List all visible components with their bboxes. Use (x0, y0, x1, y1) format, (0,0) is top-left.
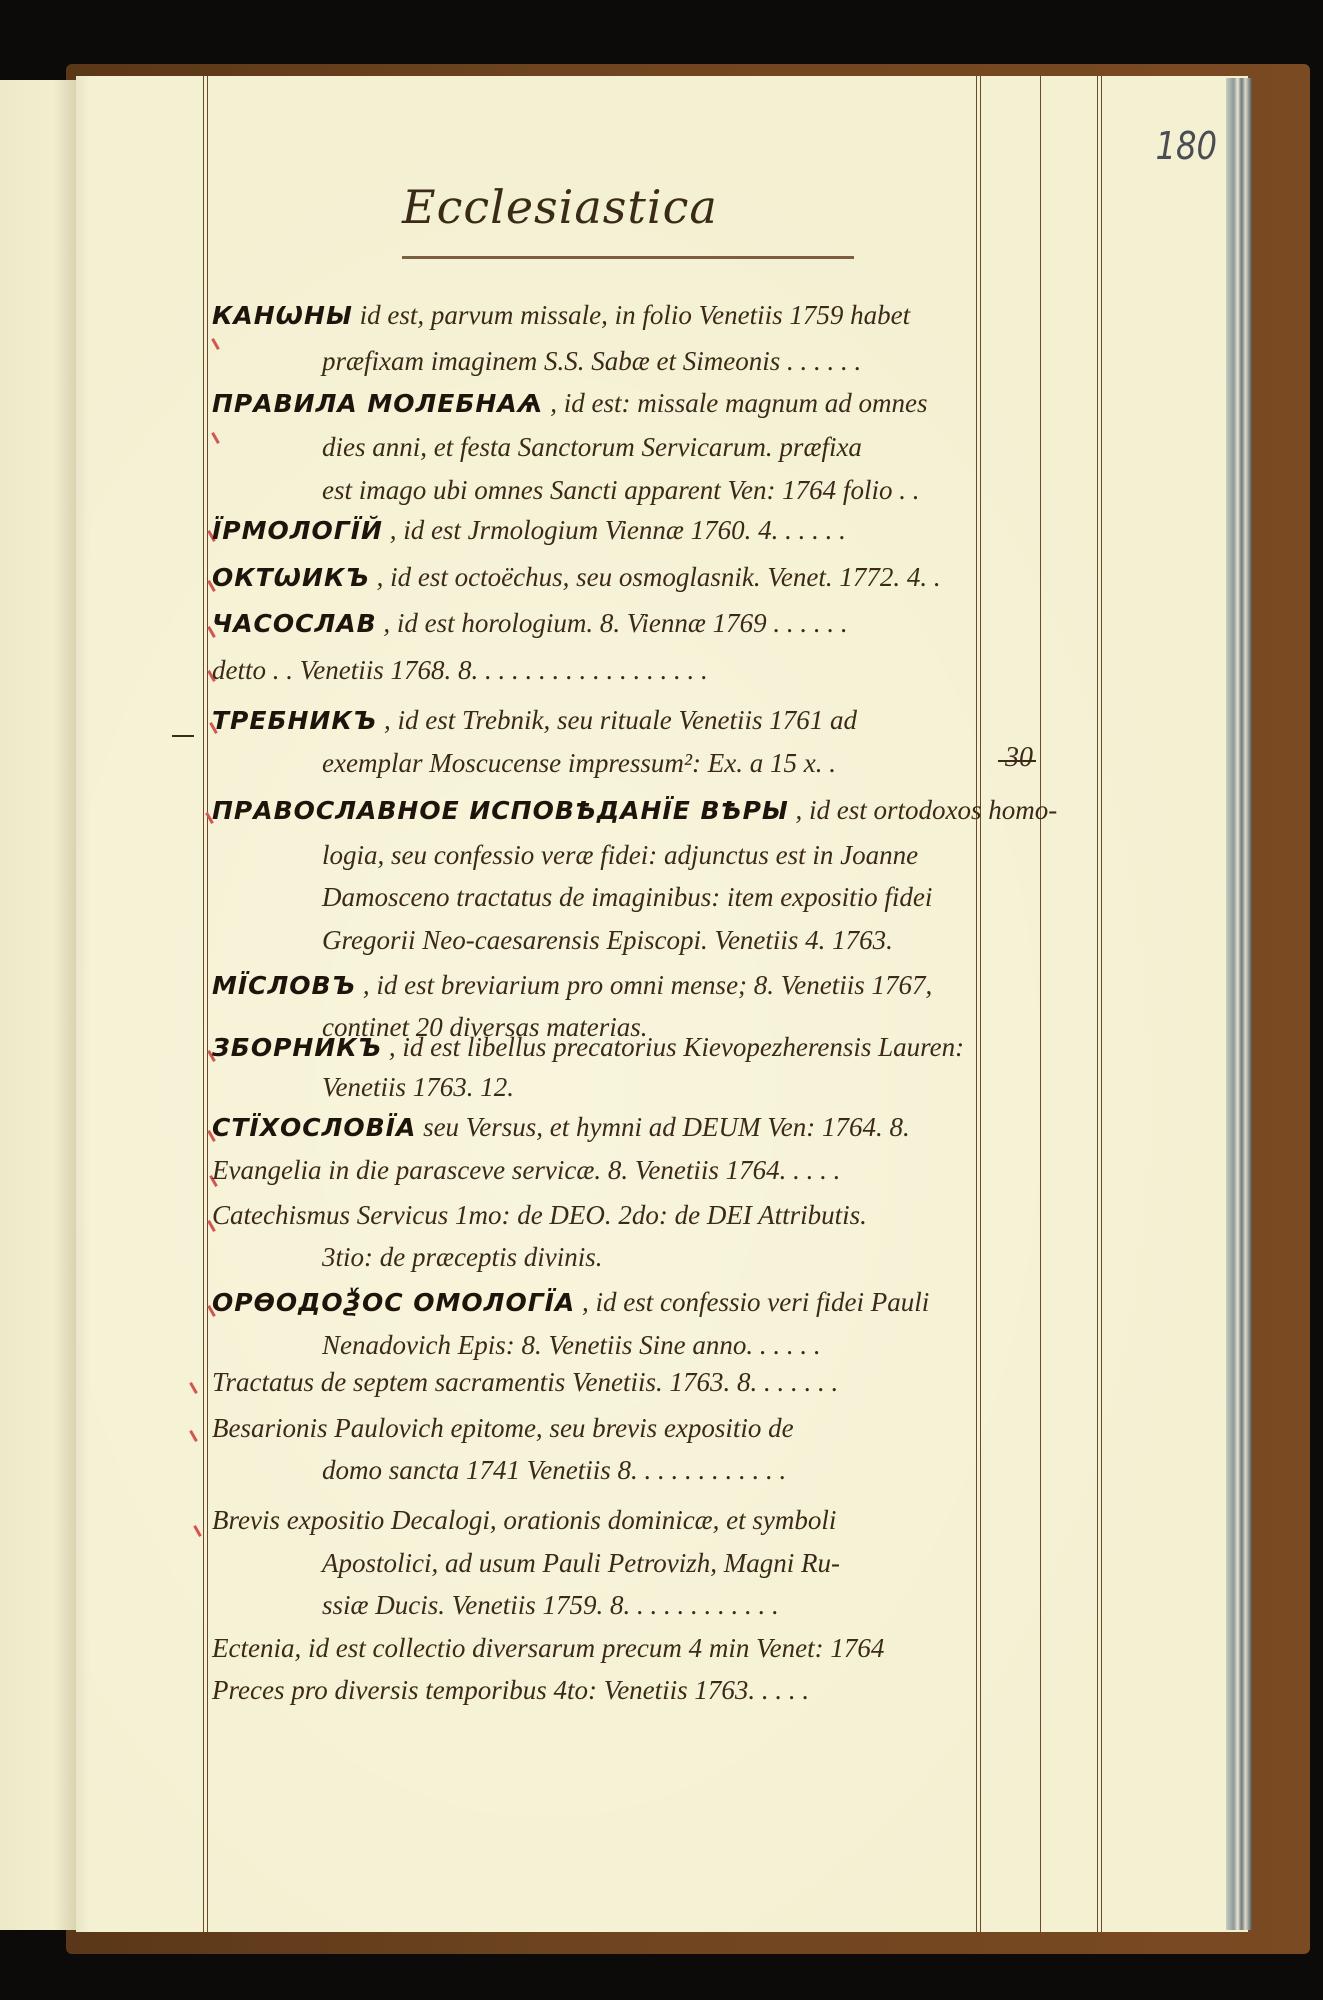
page-title: Ecclesiastica (402, 180, 862, 234)
margin-rule-left-1 (203, 76, 204, 1932)
entry-continuation: dies anni, et festa Sanctorum Servicarum… (322, 432, 862, 463)
entry-continuation: domo sancta 1741 Venetiis 8. . . . . . .… (322, 1455, 786, 1486)
entry-text: , id est ortodoxos homo- (796, 795, 1058, 825)
entry-heading: ОРѲОДОѮОС ОМОЛОГЇА (212, 1288, 575, 1317)
entry-text: , id est breviarium pro omni mense; 8. V… (363, 970, 932, 1000)
catalogue-entry: Tractatus de septem sacramentis Venetiis… (212, 1367, 838, 1398)
entry-text: , id est Trebnik, seu rituale Venetiis 1… (384, 705, 857, 735)
column-rule-3 (1040, 76, 1041, 1932)
catalogue-entry: Ectenia, id est collectio diversarum pre… (212, 1633, 884, 1664)
entry-heading: ЗБОРНИКЪ (212, 1033, 382, 1062)
entry-heading: КАНѠНЫ (212, 301, 353, 330)
column-rule-5 (1101, 76, 1102, 1932)
entry-text: id est, parvum missale, in folio Venetii… (360, 300, 910, 330)
entry-heading: ЇРМОЛОГЇЙ (212, 516, 383, 545)
entry-text: , id est horologium. 8. Viennæ 1769 . . … (383, 608, 847, 638)
catalogue-entry: ПРАВИЛА МОЛЕБНАѦ , id est: missale magnu… (212, 388, 927, 419)
catalogue-entry: ПРАВОСЛАВНОЕ ИСПОВѢДАНЇЕ ВѢРЫ , id est o… (212, 795, 1057, 826)
catalogue-entry: detto . . Venetiis 1768. 8. . . . . . . … (212, 655, 708, 686)
entry-heading: ТРЕБНИКЪ (212, 706, 377, 735)
entry-continuation: Damosceno tractatus de imaginibus: item … (322, 882, 932, 913)
column-rule-1 (976, 76, 977, 1932)
entry-heading: СТЇХОСЛОВЇА (212, 1113, 416, 1142)
entry-heading: ОКТѠИКЪ (212, 563, 370, 592)
title-underline (402, 256, 854, 259)
catalogue-entry: Besarionis Paulovich epitome, seu brevis… (212, 1413, 794, 1444)
entry-heading: ПРАВОСЛАВНОЕ ИСПОВѢДАНЇЕ ВѢРЫ (212, 796, 789, 825)
entry-heading: МЇСЛОВЪ (212, 971, 356, 1000)
catalogue-entry: КАНѠНЫ id est, parvum missale, in folio … (212, 300, 910, 331)
page-block-edge (1226, 78, 1252, 1930)
entry-continuation: 3tio: de præceptis divinis. (322, 1242, 602, 1273)
catalogue-entry: Preces pro diversis temporibus 4to: Vene… (212, 1675, 809, 1706)
column-rule-4 (1097, 76, 1098, 1932)
margin-rule-left-2 (207, 76, 208, 1932)
facing-left-page (0, 80, 76, 1930)
catalogue-entry: ОКТѠИКЪ , id est octoëchus, seu osmoglas… (212, 562, 941, 593)
margin-dash-left (172, 735, 194, 737)
catalogue-entry: Evangelia in die parasceve servicæ. 8. V… (212, 1155, 840, 1186)
catalogue-entry: Catechismus Servicus 1mo: de DEO. 2do: d… (212, 1200, 867, 1231)
catalogue-entry: ТРЕБНИКЪ , id est Trebnik, seu rituale V… (212, 705, 857, 736)
entry-continuation: Gregorii Neo-caesarensis Episcopi. Venet… (322, 925, 893, 956)
entry-continuation: ssiæ Ducis. Venetiis 1759. 8. . . . . . … (322, 1590, 779, 1621)
catalogue-entry: ОРѲОДОѮОС ОМОЛОГЇА , id est confessio ve… (212, 1287, 929, 1318)
catalogue-entry: ЧАСОСЛАВ , id est horologium. 8. Viennæ … (212, 608, 848, 639)
entry-text: seu Versus, et hymni ad DEUM Ven: 1764. … (423, 1112, 910, 1142)
margin-value: 30 (1005, 742, 1033, 774)
folio-number: 180 (1155, 124, 1217, 168)
catalogue-entry: СТЇХОСЛОВЇА seu Versus, et hymni ad DEUM… (212, 1112, 910, 1143)
catalogue-entry: ЗБОРНИКЪ , id est libellus precatorius K… (212, 1032, 964, 1063)
entry-continuation: logia, seu confessio veræ fidei: adjunct… (322, 840, 918, 871)
entry-continuation: exemplar Moscucense impressum²: Ex. a 15… (322, 748, 836, 779)
entry-heading: ПРАВИЛА МОЛЕБНАѦ (212, 389, 544, 418)
column-rule-2 (980, 76, 981, 1932)
catalogue-entry: ЇРМОЛОГЇЙ , id est Jrmologium Viennæ 176… (212, 515, 846, 546)
entry-continuation: Venetiis 1763. 12. (322, 1072, 514, 1103)
entry-continuation: præfixam imaginem S.S. Sabæ et Simeonis … (322, 346, 861, 377)
entry-continuation: est imago ubi omnes Sancti apparent Ven:… (322, 475, 919, 506)
entry-text: , id est Jrmologium Viennæ 1760. 4. . . … (390, 515, 846, 545)
catalogue-entry: Brevis expositio Decalogi, orationis dom… (212, 1505, 836, 1536)
entry-continuation: Apostolici, ad usum Pauli Petrovizh, Mag… (322, 1548, 840, 1579)
catalogue-entry: МЇСЛОВЪ , id est breviarium pro omni men… (212, 970, 932, 1001)
entry-continuation: Nenadovich Epis: 8. Venetiis Sine anno. … (322, 1330, 821, 1361)
entry-text: , id est: missale magnum ad omnes (550, 388, 927, 418)
entry-text: , id est octoëchus, seu osmoglasnik. Ven… (377, 562, 941, 592)
entry-heading: ЧАСОСЛАВ (212, 609, 377, 638)
entry-text: , id est confessio veri fidei Pauli (582, 1287, 929, 1317)
entry-text: , id est libellus precatorius Kievopezhe… (389, 1032, 964, 1062)
